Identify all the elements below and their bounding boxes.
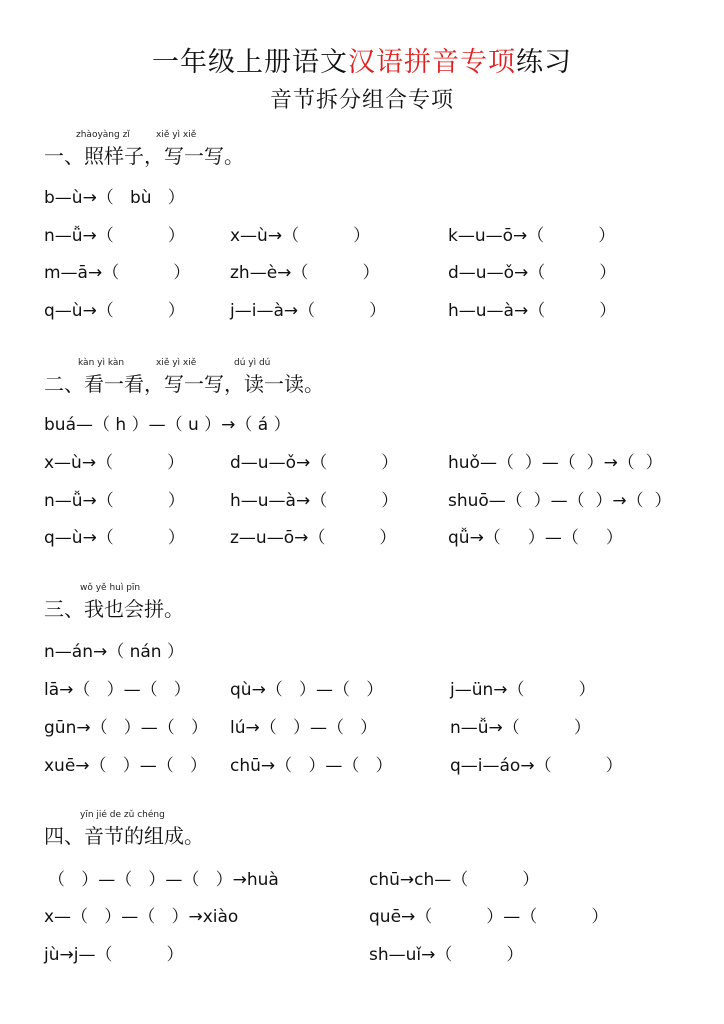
exercise-item[interactable]: d—u—ǒ→（ ） (448, 262, 616, 284)
section-2-heading: kàn yì kàn xiě yì xiě dú yì dú 二、看一看，写一写… (44, 371, 324, 397)
exercise-item[interactable]: xuē→（ ）—（ ） (44, 755, 207, 777)
exercise-item[interactable]: qù→（ ）—（ ） (230, 679, 383, 701)
exercise-item[interactable]: n—ǚ→（ ） (450, 717, 591, 739)
exercise-item[interactable]: d—u—ǒ→（ ） (230, 452, 398, 474)
exercise-item[interactable]: n—ǚ→（ ） (44, 490, 185, 512)
exercise-item[interactable]: j—ün→（ ） (450, 679, 596, 701)
worksheet-title: 一年级上册语文汉语拼音专项练习 (0, 44, 724, 82)
exercise-item[interactable]: n—ǚ→（ ） (44, 225, 185, 247)
exercise-item[interactable]: jù→j—（ ） (44, 944, 184, 966)
exercise-item[interactable]: x—ù→（ ） (44, 452, 184, 474)
section-1-heading: zhàoyàng zǐ xiě yì xiě 一、照样子，写一写。 (44, 143, 244, 169)
exercise-item[interactable]: gūn→（ ）—（ ） (44, 717, 208, 739)
pinyin-annotation: zhàoyàng zǐ (76, 130, 130, 140)
heading-text: 四、音节的组成。 (44, 824, 204, 848)
pinyin-annotation: dú yì dú (234, 358, 270, 368)
exercise-item[interactable]: zh—è→（ ） (230, 262, 379, 284)
exercise-item[interactable]: shuō—（ ）—（ ）→（ ） (448, 490, 671, 512)
exercise-item[interactable]: x—（ ）—（ ）→xiào (44, 906, 238, 928)
exercise-item[interactable]: chū→（ ）—（ ） (230, 755, 393, 777)
exercise-item[interactable]: lú→（ ）—（ ） (230, 717, 377, 739)
example-item: buá—（ h ）—（ u ）→（ á ） (44, 414, 291, 436)
pinyin-annotation: xiě yì xiě (156, 358, 196, 368)
exercise-item[interactable]: k—u—ō→（ ） (448, 225, 615, 247)
exercise-item[interactable]: huǒ—（ ）—（ ）→（ ） (448, 452, 663, 474)
exercise-item[interactable]: lā→（ ）—（ ） (44, 679, 191, 701)
pinyin-annotation: kàn yì kàn (78, 358, 124, 368)
exercise-item[interactable]: quē→（ ）—（ ） (369, 906, 608, 928)
exercise-item[interactable]: j—i—à→（ ） (230, 300, 386, 322)
exercise-item[interactable]: q—i—áo→（ ） (450, 755, 623, 777)
pinyin-annotation: yīn jié de zǔ chéng (80, 810, 165, 820)
section-4-heading: yīn jié de zǔ chéng 四、音节的组成。 (44, 823, 204, 849)
exercise-item[interactable]: m—ā→（ ） (44, 262, 190, 284)
exercise-item[interactable]: chū→ch—（ ） (369, 869, 539, 891)
heading-text: 二、看一看，写一写，读一读。 (44, 372, 324, 396)
exercise-item[interactable]: sh—uǐ→（ ） (369, 944, 523, 966)
exercise-item[interactable]: q—ù→（ ） (44, 300, 185, 322)
pinyin-annotation: xiě yì xiě (156, 130, 196, 140)
section-3-heading: wǒ yě huì pīn 三、我也会拼。 (44, 596, 184, 622)
exercise-item[interactable]: qǚ→（ ）—（ ） (448, 527, 623, 549)
title-text-end: 练习 (516, 47, 572, 78)
worksheet-subtitle: 音节拆分组合专项 (0, 86, 724, 116)
example-item: b—ù→（ bù ） (44, 187, 185, 209)
heading-text: 三、我也会拼。 (44, 597, 184, 621)
exercise-item[interactable]: q—ù→（ ） (44, 527, 185, 549)
exercise-item[interactable]: h—u—à→（ ） (230, 490, 398, 512)
exercise-item[interactable]: h—u—à→（ ） (448, 300, 616, 322)
title-text: 一年级上册语文 (152, 47, 348, 78)
example-item: n—án→（ nán ） (44, 641, 184, 663)
exercise-item[interactable]: x—ù→（ ） (230, 225, 370, 247)
exercise-item[interactable]: （ ）—（ ）—（ ）→huà (48, 869, 279, 891)
pinyin-annotation: wǒ yě huì pīn (80, 583, 140, 593)
exercise-item[interactable]: z—u—ō→（ ） (230, 527, 396, 549)
title-highlight: 汉语拼音专项 (348, 47, 516, 78)
heading-text: 一、照样子，写一写。 (44, 144, 244, 168)
